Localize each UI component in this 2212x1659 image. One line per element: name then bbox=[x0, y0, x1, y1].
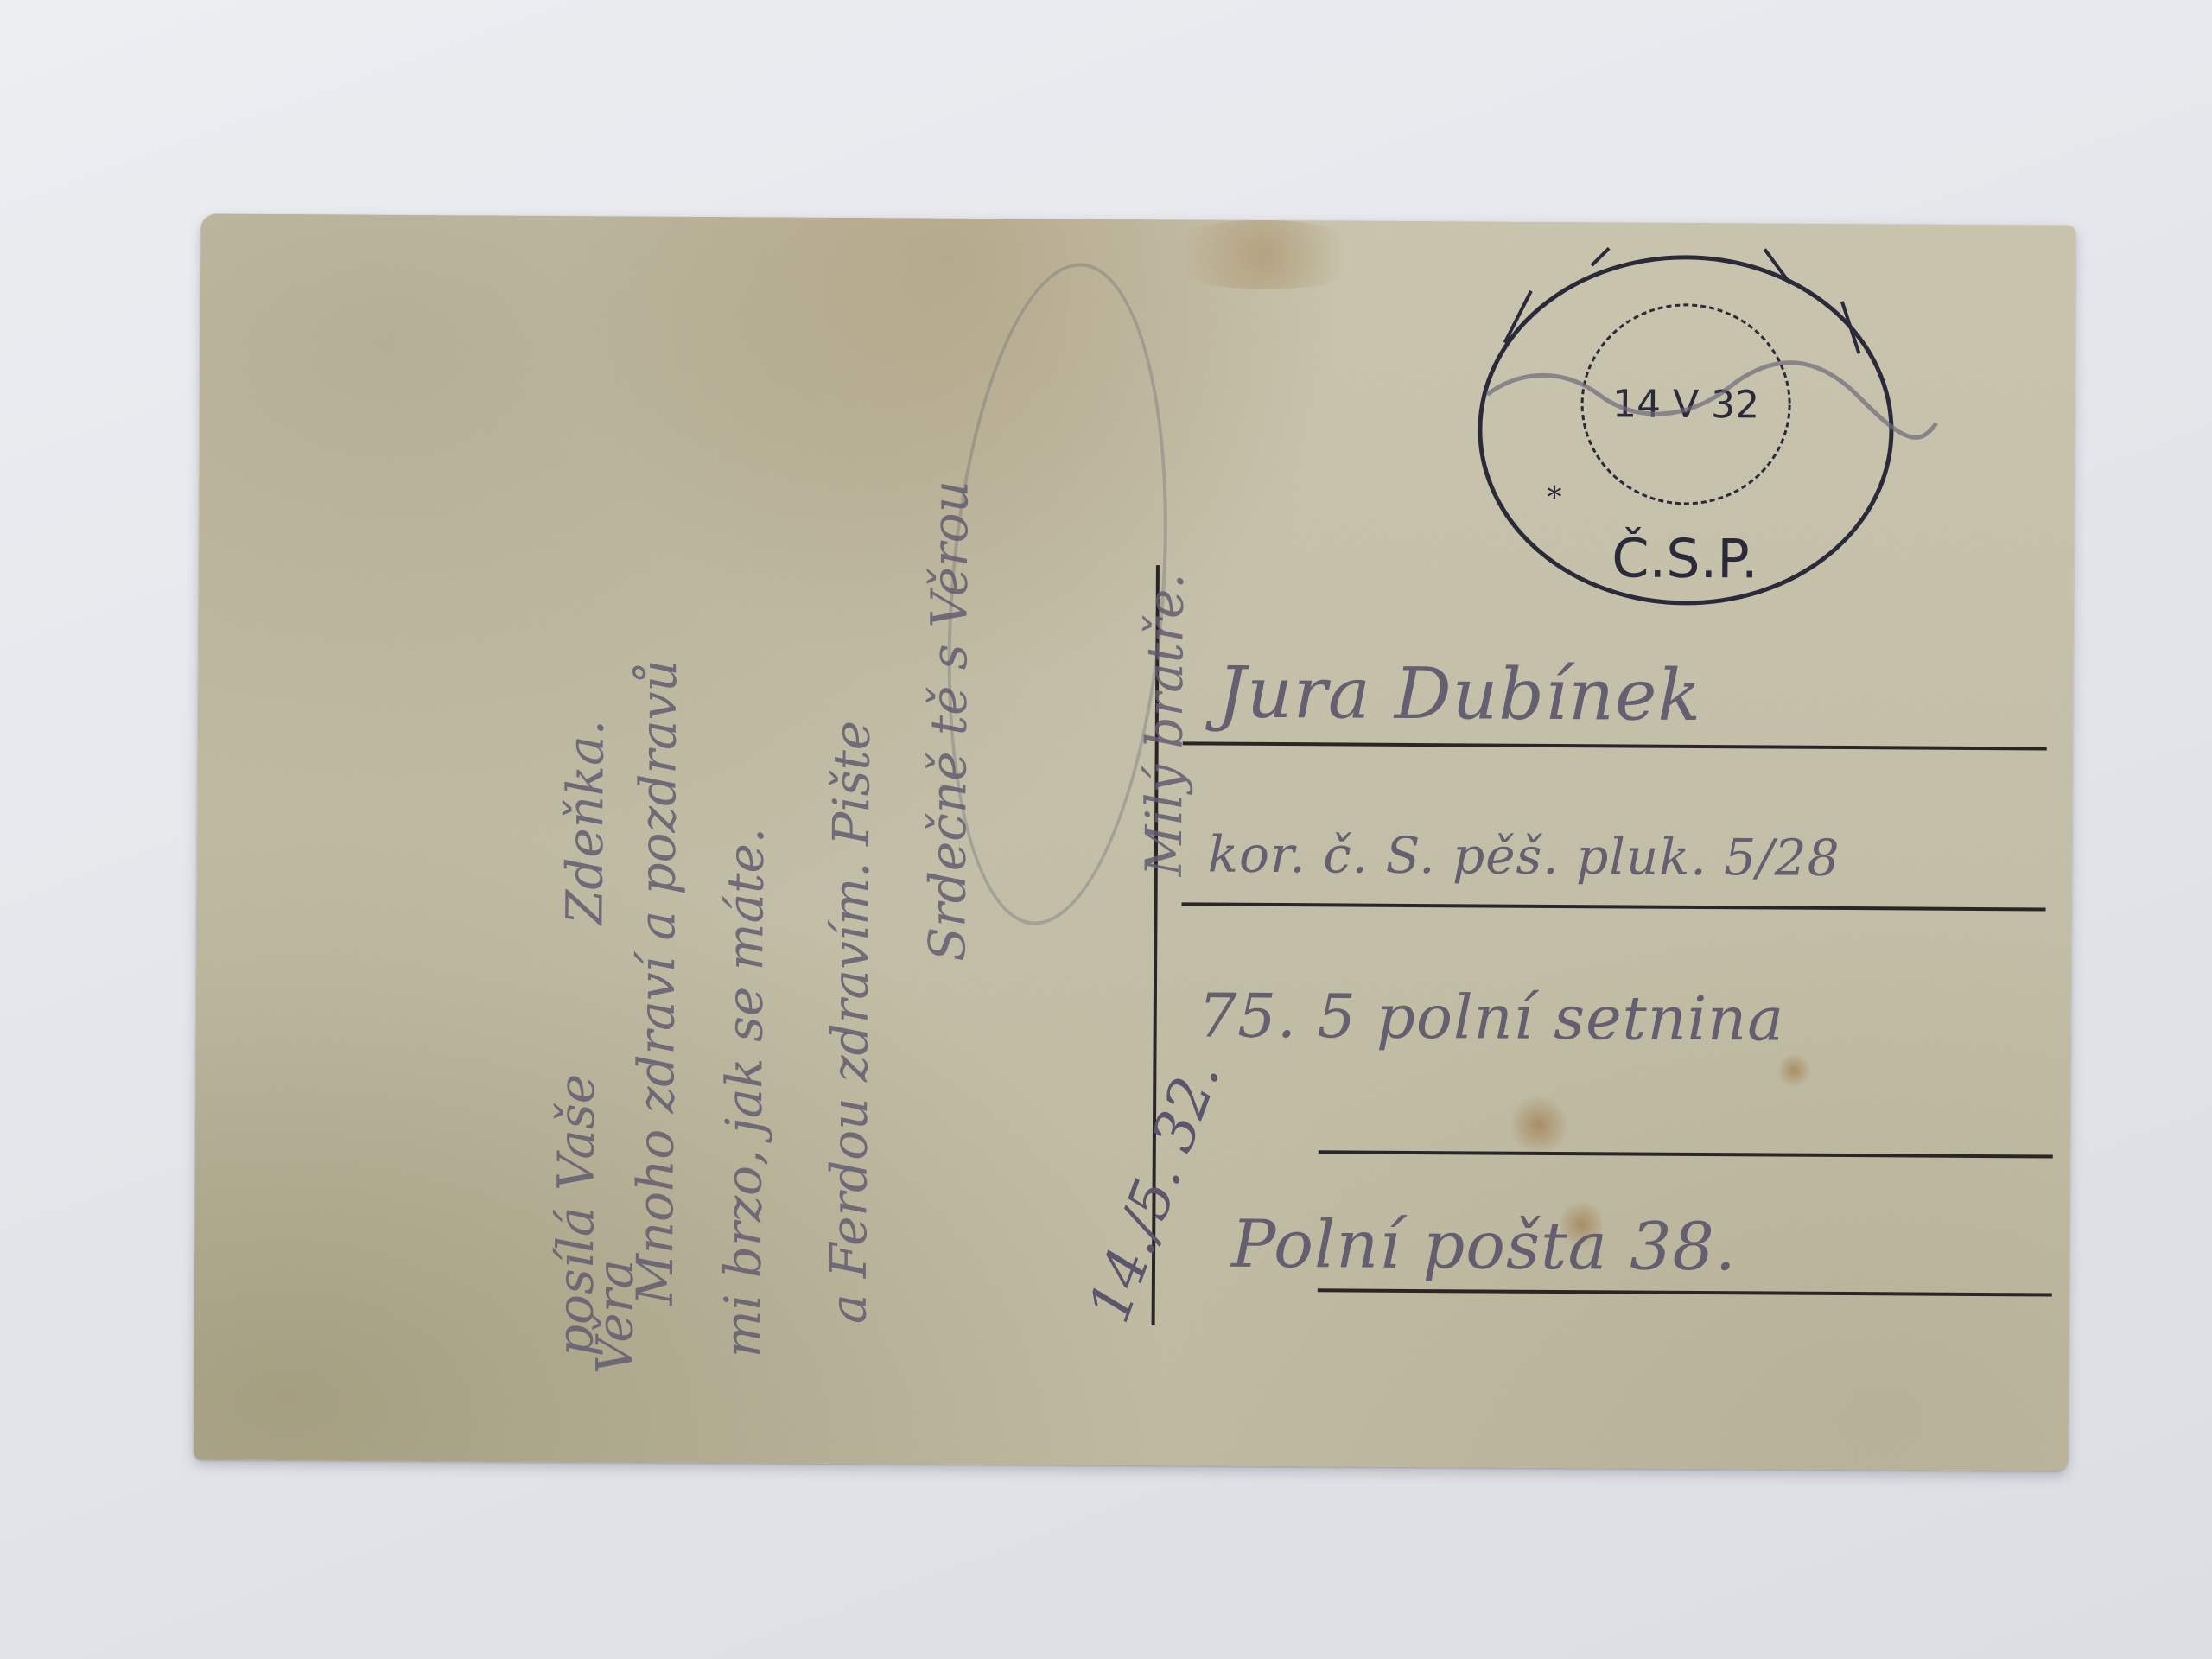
postmark-country: Č.S.P. bbox=[1611, 526, 1758, 590]
message-line: a Ferdou zdravím. Pište bbox=[797, 460, 905, 1411]
address-line-unit: kor. č. S. pěš. pluk. 5/28 bbox=[1208, 825, 1840, 887]
age-stain bbox=[1509, 1095, 1569, 1155]
address-line-company: 75. 5 polní setnina bbox=[1198, 980, 1785, 1054]
handwritten-message-body: Srdečně tě s Věrou a Ferdou zdravím. Piš… bbox=[332, 456, 1052, 1411]
message-line: Srdečně tě s Věrou bbox=[893, 460, 1001, 1411]
address-line-name: Jura Dubínek bbox=[1217, 652, 1702, 737]
pencil-scribble-over-postmark bbox=[1470, 316, 1955, 457]
message-line: Věra bbox=[563, 458, 671, 1409]
svg-text:*: * bbox=[1547, 480, 1561, 515]
address-line-field-post: Polní pošta 38. bbox=[1231, 1205, 1737, 1286]
age-stain bbox=[1777, 1053, 1811, 1088]
postcard: Č.S.P. 14 V 32 * Jura Dubínek kor. č. S.… bbox=[194, 213, 2076, 1471]
